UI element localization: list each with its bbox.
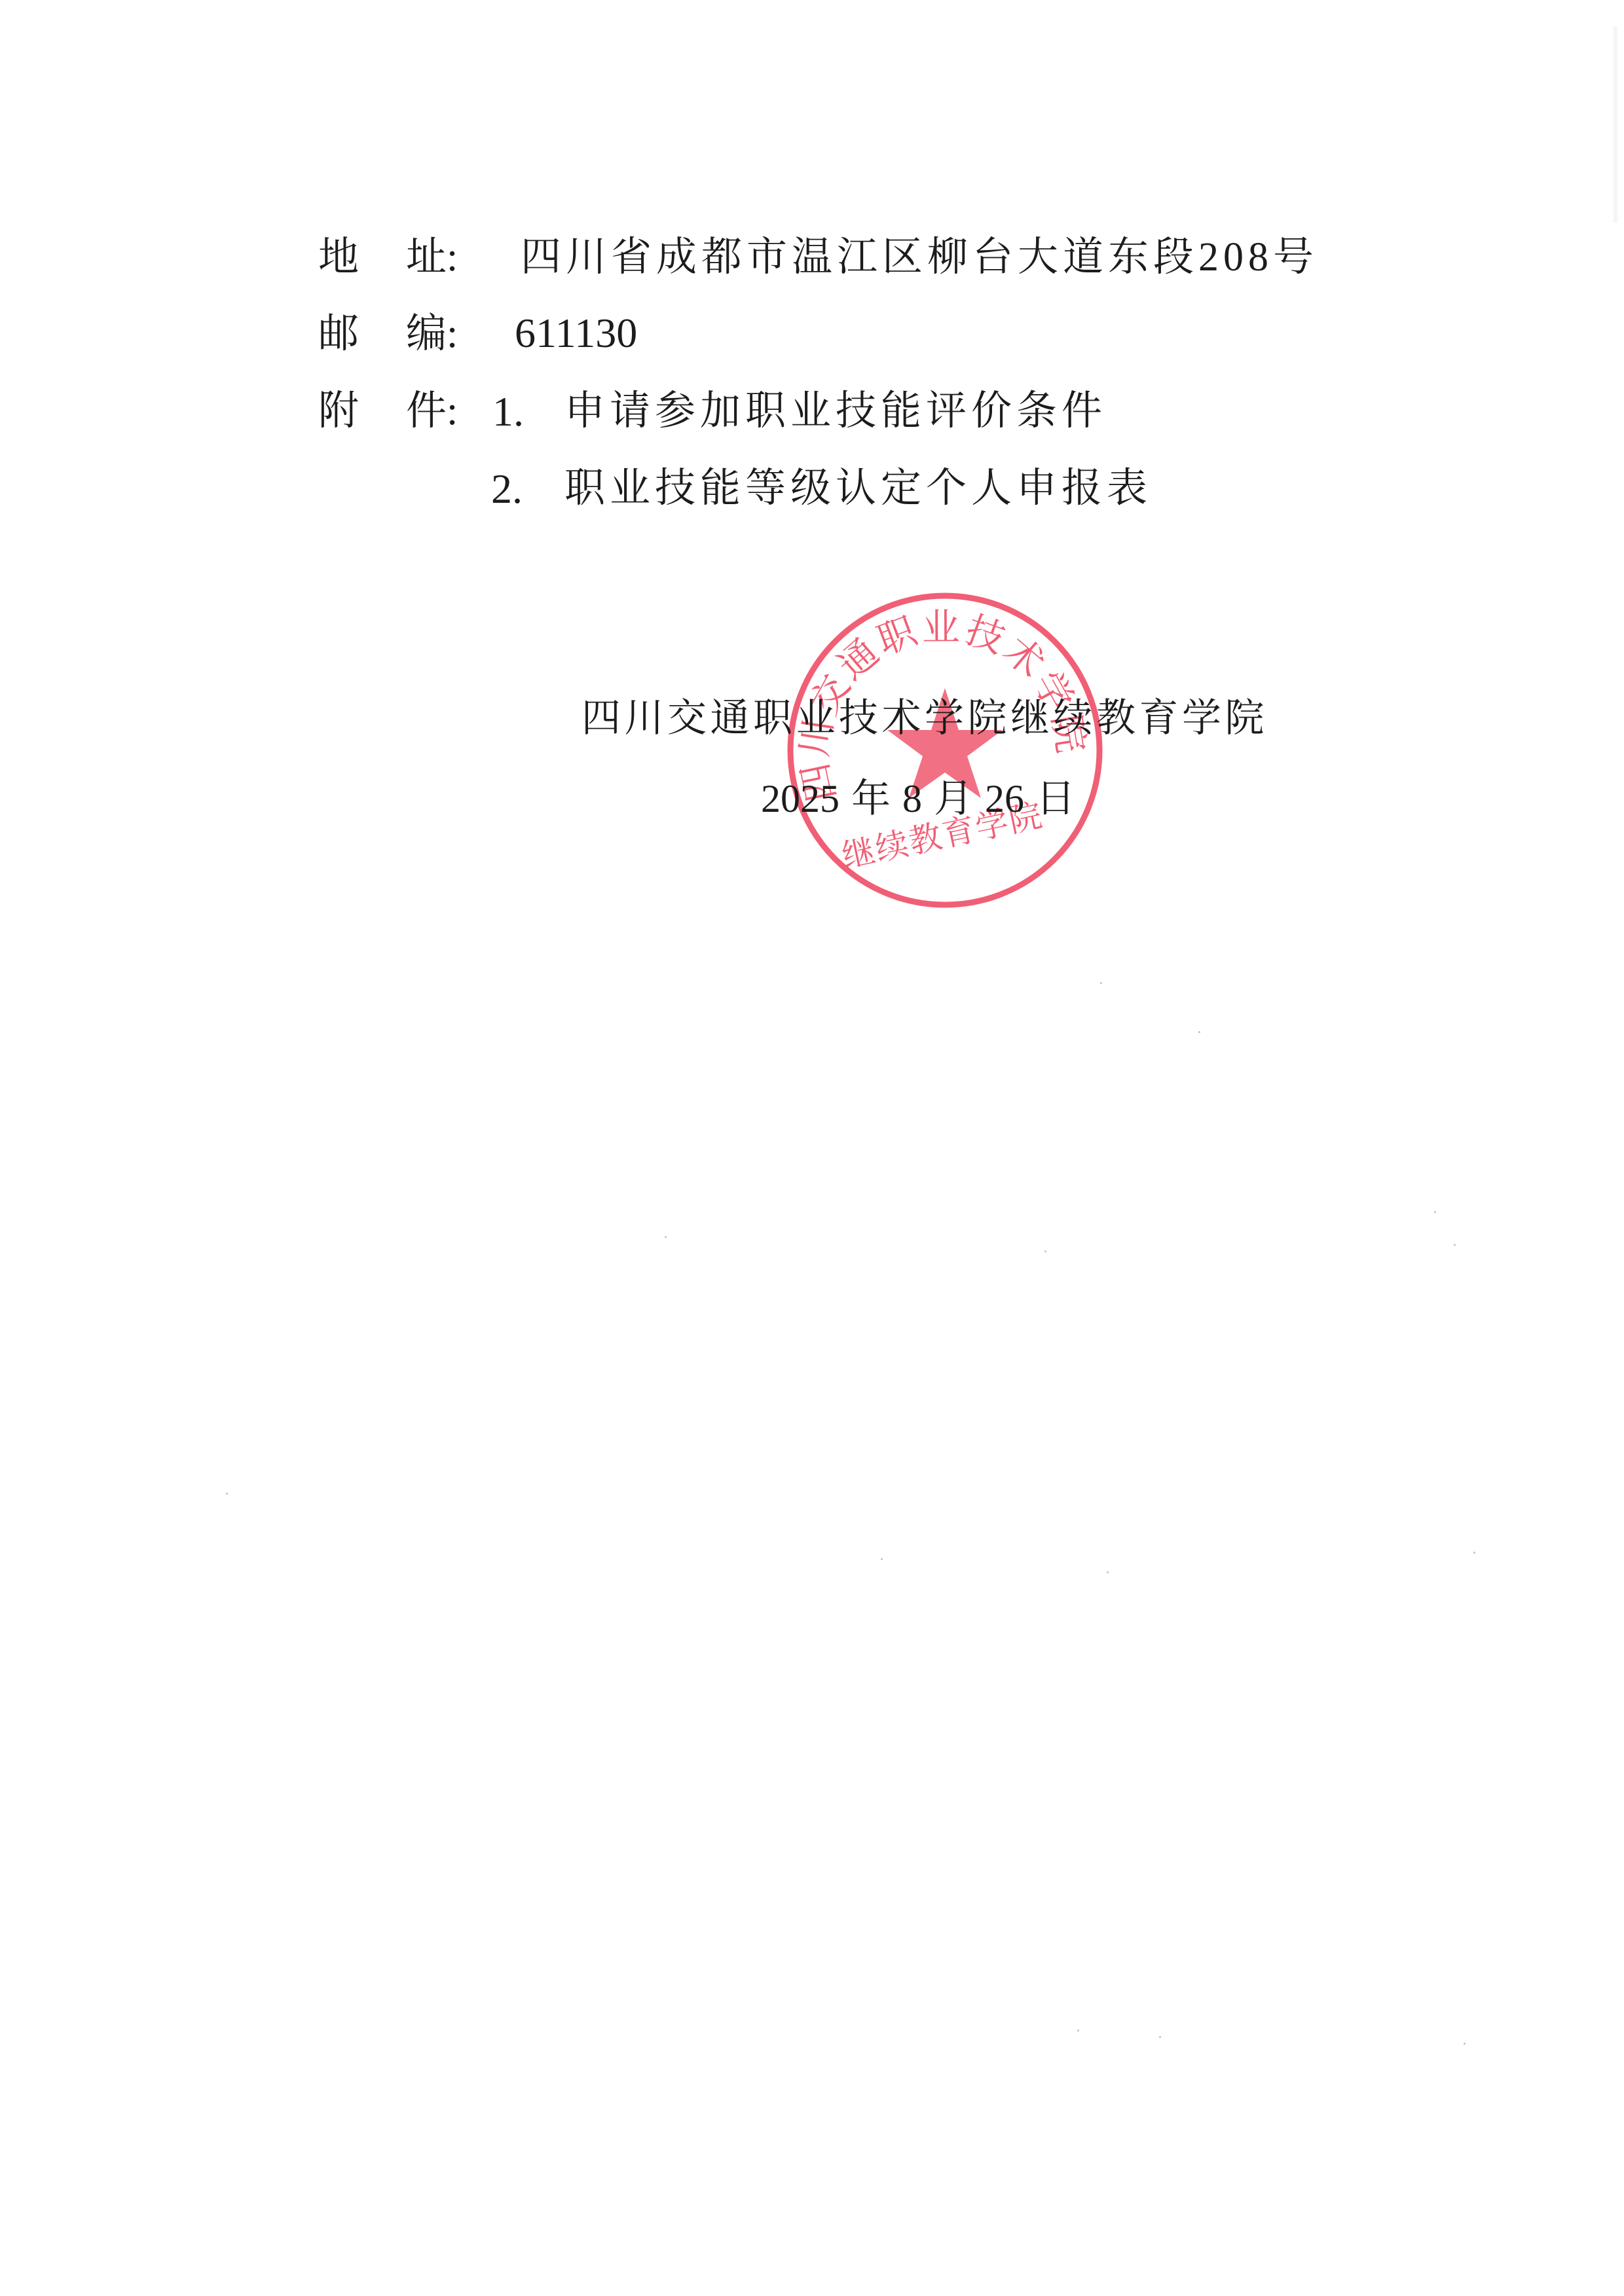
official-seal-stamp: 四川交通职业技术学院 继续教育学院 (784, 590, 1105, 911)
scan-edge-shadow (1612, 26, 1619, 223)
scan-speck (226, 1493, 228, 1495)
scan-speck (1077, 2030, 1079, 2032)
attachment-2-title: 职业技能等级认定个人申报表 (564, 468, 1152, 509)
date-year: 2025 (761, 777, 840, 820)
scan-speck (1434, 1211, 1436, 1213)
attachment-2-number: 2. (491, 468, 523, 510)
scan-speck (1464, 2043, 1466, 2045)
date-month: 8 (902, 777, 922, 820)
signature-date: 2025年8月26日 (761, 779, 1075, 818)
date-day: 26 (985, 777, 1024, 820)
scan-speck (1159, 2036, 1161, 2038)
postcode-label-char-2: 编: (406, 314, 458, 354)
scan-speck (1473, 1552, 1475, 1554)
date-day-unit: 日 (1036, 777, 1075, 820)
scan-speck (1198, 1031, 1200, 1033)
signature-organization: 四川交通职业技术学院继续教育学院 (581, 699, 1268, 738)
postcode-label-char-1: 邮 (318, 314, 359, 354)
attachments-label-char-2: 件: (406, 391, 458, 431)
scan-speck (1044, 1250, 1046, 1252)
scan-speck (665, 1236, 667, 1238)
scan-speck (1100, 982, 1102, 984)
postcode-value: 611130 (515, 312, 637, 354)
address-label-char-2: 址: (406, 237, 458, 278)
attachment-1-number: 1. (492, 391, 524, 433)
date-year-unit: 年 (851, 777, 891, 820)
attachment-1-title: 申请参加职业技能评价条件 (564, 391, 1107, 431)
document-page: 地 址: 四川省成都市温江区柳台大道东段208号 邮 编: 611130 附 件… (0, 0, 1624, 2296)
address-label-char-1: 地 (318, 237, 359, 278)
scan-speck (1454, 1244, 1456, 1246)
scan-speck (1107, 1571, 1109, 1573)
scan-speck (881, 1558, 883, 1560)
date-month-unit: 月 (934, 777, 973, 820)
attachments-label-char-1: 附 (318, 391, 359, 431)
address-value: 四川省成都市温江区柳台大道东段208号 (521, 237, 1318, 278)
